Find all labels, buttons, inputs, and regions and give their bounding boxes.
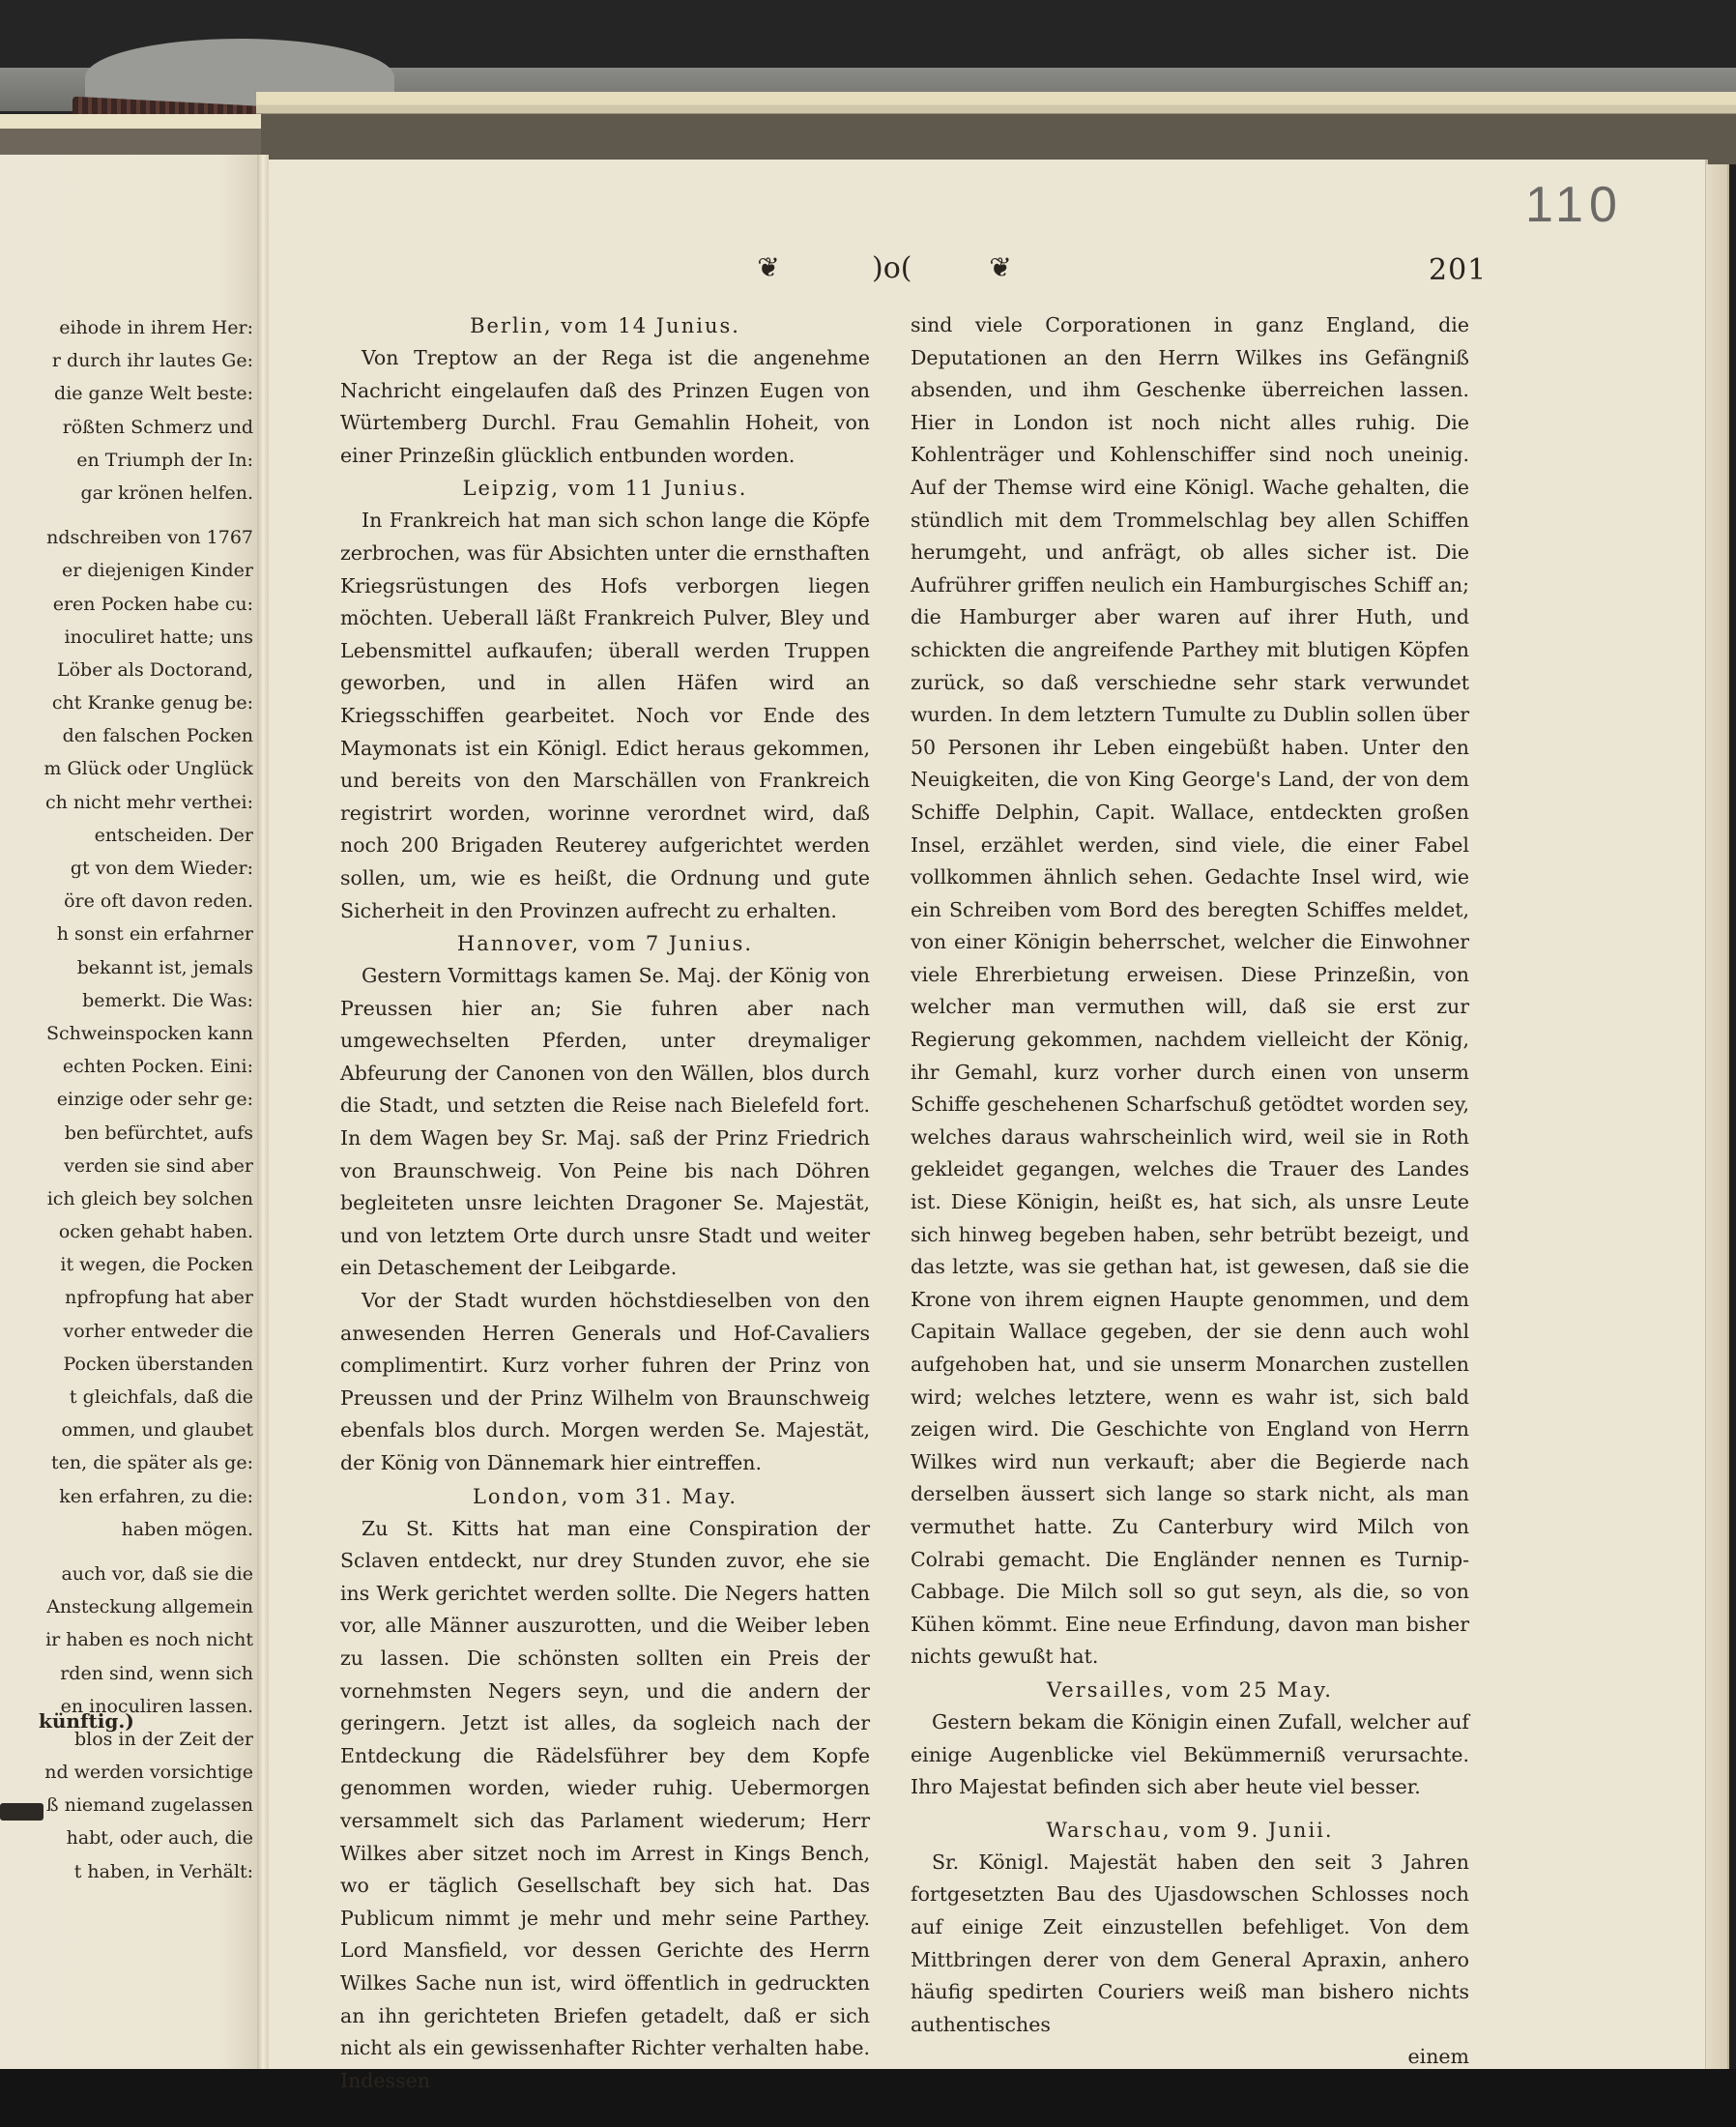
dateline: Hannover, vom 7 Junius. [340, 927, 870, 960]
paragraph-gap [0, 510, 253, 521]
page-number: 201 [1429, 253, 1487, 287]
left-page-line: m Glück oder Unglück [0, 752, 253, 785]
article-paragraph: Von Treptow an der Rega ist die angenehm… [340, 342, 870, 472]
left-page-line: ben befürchtet, aufs [0, 1117, 253, 1150]
left-page-line: rden sind, wenn sich [0, 1657, 253, 1690]
article-paragraph: Zu St. Kitts hat man eine Conspiration d… [340, 1513, 870, 2098]
left-page-line: nd werden vorsichtige [0, 1756, 253, 1789]
dateline: Berlin, vom 14 Junius. [340, 309, 870, 342]
left-page-line: inoculiret hatte; uns [0, 621, 253, 654]
left-page-line: Schweinspocken kann [0, 1017, 253, 1050]
left-page-line: t gleichfals, daß die [0, 1381, 253, 1413]
column-left: Berlin, vom 14 Junius. Von Treptow an de… [340, 309, 870, 2097]
paragraph-gap [0, 1546, 253, 1558]
left-page-line: ommen, und glaubet [0, 1413, 253, 1446]
article-versailles: Versailles, vom 25 May. Gestern bekam di… [911, 1674, 1469, 1804]
left-page-line: gar krönen helfen. [0, 477, 253, 510]
article-paragraph: sind viele Corporationen in ganz England… [911, 309, 1469, 1674]
left-page-line: einzige oder sehr ge: [0, 1083, 253, 1116]
header-center-mark: )o( [872, 251, 911, 285]
shell-ornament-icon: ❦ [986, 253, 1015, 282]
article-berlin: Berlin, vom 14 Junius. Von Treptow an de… [340, 309, 870, 472]
left-page-line: Löber als Doctorand, [0, 654, 253, 686]
left-page-line: haben mögen. [0, 1513, 253, 1546]
left-page-line: den falschen Pocken [0, 719, 253, 752]
dateline: Versailles, vom 25 May. [911, 1674, 1469, 1706]
dateline: Leipzig, vom 11 Junius. [340, 472, 870, 505]
catchword: einem [911, 2041, 1469, 2074]
left-page-line: bekannt ist, jemals [0, 951, 253, 984]
left-page-line: die ganze Welt beste: [0, 377, 253, 410]
left-page-line: Pocken überstanden [0, 1348, 253, 1381]
left-page-line: er diejenigen Kinder [0, 554, 253, 587]
left-page-line: cht Kranke genug be: [0, 686, 253, 719]
left-page-rule [0, 1803, 43, 1821]
article-paragraph: Sr. Königl. Majestät haben den seit 3 Ja… [911, 1847, 1469, 2042]
left-page-line: it wegen, die Pocken [0, 1248, 253, 1281]
article-paragraph: Gestern bekam die Königin einen Zufall, … [911, 1706, 1469, 1804]
left-page-line: r durch ihr lautes Ge: [0, 344, 253, 377]
article-paragraph: In Frankreich hat man sich schon lange d… [340, 505, 870, 927]
page-edges-top-right [256, 92, 1736, 164]
right-page-edge [1706, 164, 1729, 2069]
left-page-line: ndschreiben von 1767 [0, 521, 253, 554]
left-page-line: bemerkt. Die Was: [0, 984, 253, 1017]
shell-ornament-icon: ❦ [754, 253, 783, 282]
left-page-line: entscheiden. Der [0, 819, 253, 852]
left-page-line: npfropfung hat aber [0, 1281, 253, 1314]
left-page-line: verden sie sind aber [0, 1150, 253, 1182]
left-page-line: ir haben es noch nicht [0, 1623, 253, 1656]
article-paragraph: Vor der Stadt wurden höchstdieselben von… [340, 1285, 870, 1480]
dateline: Warschau, vom 9. Junii. [911, 1814, 1469, 1847]
left-page-line: eihode in ihrem Her: [0, 311, 253, 344]
article-leipzig: Leipzig, vom 11 Junius. In Frankreich ha… [340, 472, 870, 927]
column-right: sind viele Corporationen in ganz England… [911, 309, 1469, 2074]
archive-number: 110 [1525, 176, 1623, 234]
left-page-line: echten Pocken. Eini: [0, 1050, 253, 1083]
left-page-line: h sonst ein erfahrner [0, 918, 253, 950]
left-page-line: öre oft davon reden. [0, 885, 253, 918]
left-page-line: ken erfahren, zu die: [0, 1480, 253, 1513]
article-warschau: Warschau, vom 9. Junii. Sr. Königl. Maje… [911, 1814, 1469, 2042]
left-page-line: ten, die später als ge: [0, 1446, 253, 1479]
article-london: London, vom 31. May. Zu St. Kitts hat ma… [340, 1480, 870, 2098]
page-header: ❦ )o( ❦ [696, 253, 1489, 292]
left-page-line: en Triumph der In: [0, 444, 253, 477]
left-page-line: vorher entweder die [0, 1315, 253, 1348]
left-page-line: rößten Schmerz und [0, 411, 253, 444]
article-paragraph: Gestern Vormittags kamen Se. Maj. der Kö… [340, 960, 870, 1285]
left-page-line: gt von dem Wieder: [0, 852, 253, 885]
left-page-line: t haben, in Verhält: [0, 1855, 253, 1888]
book-gutter [257, 155, 269, 2079]
article-hannover: Hannover, vom 7 Junius. Gestern Vormitta… [340, 927, 870, 1480]
article-london-continued: sind viele Corporationen in ganz England… [911, 309, 1469, 1674]
left-page-line: ch nicht mehr verthei: [0, 786, 253, 819]
left-page-text: eihode in ihrem Her:r durch ihr lautes G… [0, 311, 253, 1888]
left-page-line: habt, oder auch, die [0, 1821, 253, 1854]
dateline: London, vom 31. May. [340, 1480, 870, 1513]
left-page-line: eren Pocken habe cu: [0, 588, 253, 621]
left-page-line: ich gleich bey solchen [0, 1182, 253, 1215]
left-page-footer: künftig.) [39, 1709, 134, 1733]
left-page-line: auch vor, daß sie die [0, 1558, 253, 1590]
left-page-line: Ansteckung allgemein [0, 1590, 253, 1623]
left-page-line: ocken gehabt haben. [0, 1215, 253, 1248]
